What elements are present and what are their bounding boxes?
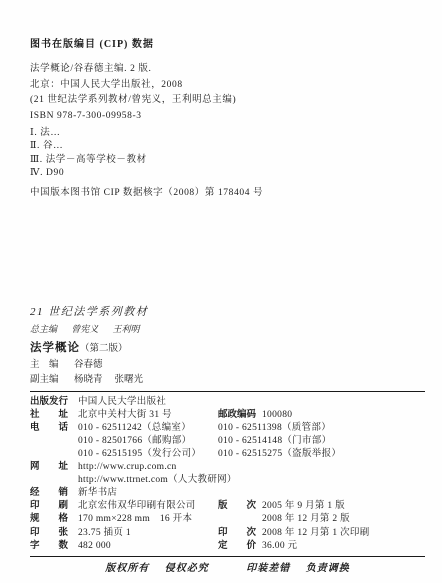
deputy-editor-line: 副主编杨晓青张曙光 bbox=[30, 373, 425, 388]
pub-value: 北京中关村大街 31 号 bbox=[78, 409, 218, 422]
pub-label: 出版发行 bbox=[30, 396, 74, 409]
pub-value: 010 - 62511242（总编室） bbox=[78, 422, 218, 435]
pub-row: 经 销 新华书店 bbox=[30, 487, 425, 500]
book-edition: （第二版） bbox=[80, 344, 128, 354]
series-title: 21 世纪法学系列教材 bbox=[30, 304, 425, 321]
deputy-editor-name: 张曙光 bbox=[115, 375, 144, 385]
pub-label: 网 址 bbox=[30, 461, 74, 474]
pub-label bbox=[30, 448, 74, 461]
pub-value: 170 mm×228 mm 16 开本 bbox=[78, 513, 218, 526]
pub-label bbox=[30, 474, 74, 487]
copyright-footer: 版权所有 侵权必究 印装差错 负责调换 bbox=[30, 563, 425, 575]
pub-value: 482 000 bbox=[78, 540, 218, 553]
pub-value-right: 010 - 62511398（质管部） bbox=[218, 422, 425, 435]
pub-label-right: 定 价 bbox=[218, 540, 262, 553]
pub-value-right: 010 - 62515275（盗版举报） bbox=[218, 448, 425, 461]
cip-record-line: 法学概论/谷春德主编. 2 版. bbox=[30, 62, 425, 78]
pub-value: http://www.ttrnet.com（人大教研网） bbox=[78, 474, 218, 487]
pub-row: http://www.ttrnet.com（人大教研网） bbox=[30, 474, 425, 487]
pub-value: http://www.crup.com.cn bbox=[78, 461, 218, 474]
pub-label-right: 邮政编码 bbox=[218, 409, 262, 422]
series-section: 21 世纪法学系列教材 总主编 曾宪义 王利明 法学概论（第二版） 主 编谷春德… bbox=[30, 304, 425, 388]
pub-label: 字 数 bbox=[30, 540, 74, 553]
pub-row: 出版发行 中国人民大学出版社 bbox=[30, 396, 425, 409]
pub-label bbox=[30, 435, 74, 448]
pub-label: 规 格 bbox=[30, 513, 74, 526]
chief-editor-line: 主 编谷春德 bbox=[30, 358, 425, 373]
pub-label: 印 张 bbox=[30, 527, 74, 540]
classification-item: Ⅲ. 法学－高等学校－教材 bbox=[30, 154, 425, 167]
colophon-page: 图书在版编目 (CIP) 数据 法学概论/谷春德主编. 2 版. 北京：中国人民… bbox=[0, 0, 442, 583]
book-title-line: 法学概论（第二版） bbox=[30, 338, 425, 358]
pub-value-right: 2008 年 12 月第 2 版 bbox=[262, 513, 425, 526]
pub-label: 印 刷 bbox=[30, 500, 74, 513]
pub-label: 社 址 bbox=[30, 409, 74, 422]
pub-label-right: 版 次 bbox=[218, 500, 262, 513]
series-editor-name: 王利明 bbox=[113, 324, 140, 334]
pub-value: 北京宏伟双华印刷有限公司 bbox=[78, 500, 218, 513]
pub-value-right: 2005 年 9 月第 1 版 bbox=[262, 500, 425, 513]
cip-header: 图书在版编目 (CIP) 数据 bbox=[30, 38, 425, 52]
series-editor-name: 曾宪义 bbox=[71, 324, 98, 334]
divider-rule-bottom bbox=[30, 556, 425, 557]
footer-word: 印装差错 bbox=[246, 563, 290, 575]
pub-row: 电 话 010 - 62511242（总编室） 010 - 62511398（质… bbox=[30, 422, 425, 435]
pub-row: 印 刷 北京宏伟双华印刷有限公司 版 次 2005 年 9 月第 1 版 bbox=[30, 500, 425, 513]
publication-info: 出版发行 中国人民大学出版社 社 址 北京中关村大街 31 号 邮政编码 100… bbox=[30, 392, 425, 553]
pub-value: 23.75 插页 1 bbox=[78, 527, 218, 540]
pub-value-right: 010 - 62514148（门市部） bbox=[218, 435, 425, 448]
book-title: 法学概论 bbox=[30, 342, 80, 354]
footer-word: 版权所有 bbox=[105, 563, 149, 575]
pub-row: 印 张 23.75 插页 1 印 次 2008 年 12 月第 1 次印刷 bbox=[30, 527, 425, 540]
cip-record-line: (21 世纪法学系列教材/曾宪义，王利明总主编) bbox=[30, 93, 425, 109]
pub-row: 字 数 482 000 定 价 36.00 元 bbox=[30, 540, 425, 553]
pub-value-right: 2008 年 12 月第 1 次印刷 bbox=[262, 527, 425, 540]
classification-item: Ⅰ. 法… bbox=[30, 127, 425, 140]
pub-value-right: 36.00 元 bbox=[262, 540, 425, 553]
deputy-editor-label: 副主编 bbox=[30, 373, 74, 388]
pub-value: 新华书店 bbox=[78, 487, 218, 500]
pub-row: 规 格 170 mm×228 mm 16 开本 2008 年 12 月第 2 版 bbox=[30, 513, 425, 526]
pub-row: 网 址 http://www.crup.com.cn bbox=[30, 461, 425, 474]
pub-value-right: 100080 bbox=[262, 409, 425, 422]
cip-record: 法学概论/谷春德主编. 2 版. 北京：中国人民大学出版社，2008 (21 世… bbox=[30, 62, 425, 124]
footer-word: 侵权必究 bbox=[165, 563, 209, 575]
footer-word: 负责调换 bbox=[306, 563, 350, 575]
pub-label-right bbox=[218, 513, 262, 526]
pub-label: 经 销 bbox=[30, 487, 74, 500]
series-editors-line: 总主编 曾宪义 王利明 bbox=[30, 321, 425, 338]
series-editors-label: 总主编 bbox=[30, 324, 57, 334]
pub-row: 010 - 62515195（发行公司） 010 - 62515275（盗版举报… bbox=[30, 448, 425, 461]
deputy-editor-name: 杨晓青 bbox=[74, 375, 103, 385]
pub-value: 中国人民大学出版社 bbox=[78, 396, 218, 409]
pub-label: 电 话 bbox=[30, 422, 74, 435]
classification-list: Ⅰ. 法… Ⅱ. 谷… Ⅲ. 法学－高等学校－教材 Ⅳ. D90 bbox=[30, 127, 425, 181]
chief-editor-name: 谷春德 bbox=[74, 360, 103, 370]
cip-registry: 中国版本图书馆 CIP 数据核字（2008）第 178404 号 bbox=[30, 187, 425, 200]
classification-item: Ⅱ. 谷… bbox=[30, 140, 425, 153]
pub-row: 010 - 82501766（邮购部） 010 - 62514148（门市部） bbox=[30, 435, 425, 448]
cip-record-line: 北京：中国人民大学出版社，2008 bbox=[30, 78, 425, 94]
cip-record-line: ISBN 978-7-300-09958-3 bbox=[30, 109, 425, 125]
pub-value: 010 - 82501766（邮购部） bbox=[78, 435, 218, 448]
pub-value: 010 - 62515195（发行公司） bbox=[78, 448, 218, 461]
classification-item: Ⅳ. D90 bbox=[30, 167, 425, 180]
pub-row: 社 址 北京中关村大街 31 号 邮政编码 100080 bbox=[30, 409, 425, 422]
chief-editor-label: 主 编 bbox=[30, 358, 74, 373]
pub-label-right: 印 次 bbox=[218, 527, 262, 540]
